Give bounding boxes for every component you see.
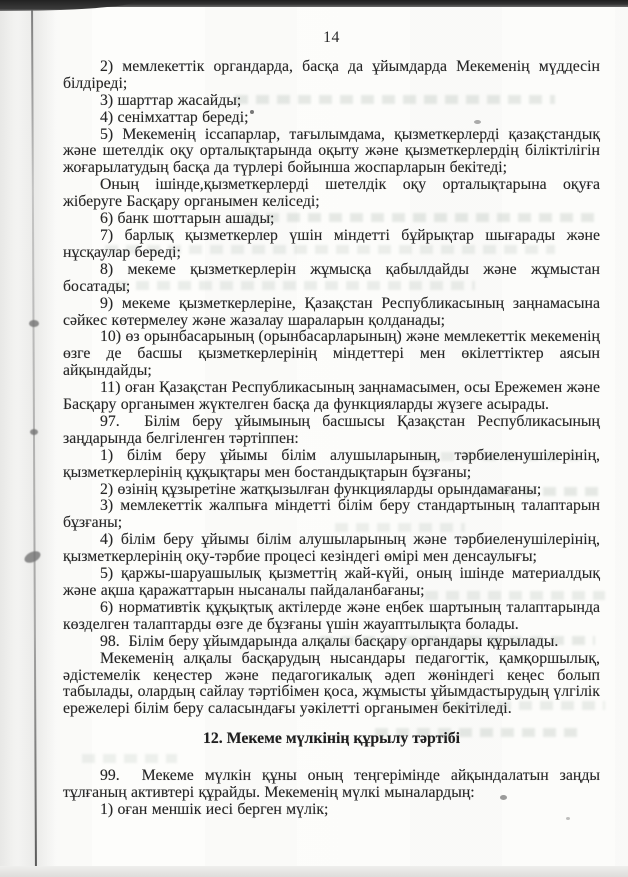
paragraph: Мекеменің алқалы басқарудың нысандары пе… [63, 651, 600, 719]
ink-speck [566, 817, 570, 820]
paragraph: 8) мекеме қызметкерлерін жұмысқа қабылда… [63, 262, 600, 296]
ink-speck [474, 120, 481, 124]
page-number: 14 [63, 30, 600, 47]
paragraph: 3) шарттар жасайды; [63, 93, 600, 110]
paragraph: 1) оған меншік иесі берген мүлік; [63, 802, 600, 819]
paragraph: 4) білім беру ұйымы білім алушыларының ж… [63, 532, 600, 566]
paragraph: 2) мемлекеттік органдарда, басқа да ұйым… [63, 59, 600, 93]
fold-blemish [29, 320, 39, 327]
ink-speck [250, 110, 254, 114]
ink-speck [500, 795, 507, 800]
paragraph: 10) өз орынбасарының (орынбасарларының) … [63, 329, 600, 380]
paragraph: 2) өзінің құзыретіне жатқызылған функция… [63, 482, 600, 499]
paragraph: 97. Білім беру ұйымының басшысы Қазақста… [63, 414, 600, 448]
paragraph: 7) барлық қызметкерлер үшін міндетті бұй… [63, 228, 600, 262]
page-content: 14 2) мемлекеттік органдарда, басқа да ұ… [63, 0, 600, 819]
scan-edge-bottom [0, 866, 628, 877]
scanned-page: 14 2) мемлекеттік органдарда, басқа да ұ… [0, 0, 628, 877]
paragraph: 98. Білім беру ұйымдарында алқалы басқар… [63, 634, 600, 651]
binding-fold-shadow [18, 0, 56, 877]
paragraph: 5) қаржы-шаруашылық қызметтің жай-күйі, … [63, 566, 600, 600]
paragraph: 4) сенімхаттар береді; [63, 110, 600, 127]
paragraph: 9) мекеме қызметкерлеріне, Қазақстан Рес… [63, 296, 600, 330]
paragraph: 99. Мекеме мүлкін құны оның теңгерімінде… [63, 768, 600, 802]
paragraph: 1) білім беру ұйымы білім алушыларының, … [63, 448, 600, 482]
fold-blemish [30, 429, 38, 435]
paragraph: Оның ішінде,қызметкерлерді шетелдік оқу … [63, 177, 600, 211]
paragraph: 6) банк шоттарын ашады; [63, 211, 600, 228]
paragraph: 3) мемлекеттік жалпыға міндетті білім бе… [63, 498, 600, 532]
section-heading: 12. Мекеме мүлкінің құрылу тәртібі [63, 731, 600, 748]
paragraph: 5) Мекеменің іссапарлар, тағылымдама, қы… [63, 127, 600, 178]
paragraph: 6) нормативтік құқықтық актілерде және е… [63, 600, 600, 634]
paragraph: 11) оған Қазақстан Республикасының заңна… [63, 380, 600, 414]
